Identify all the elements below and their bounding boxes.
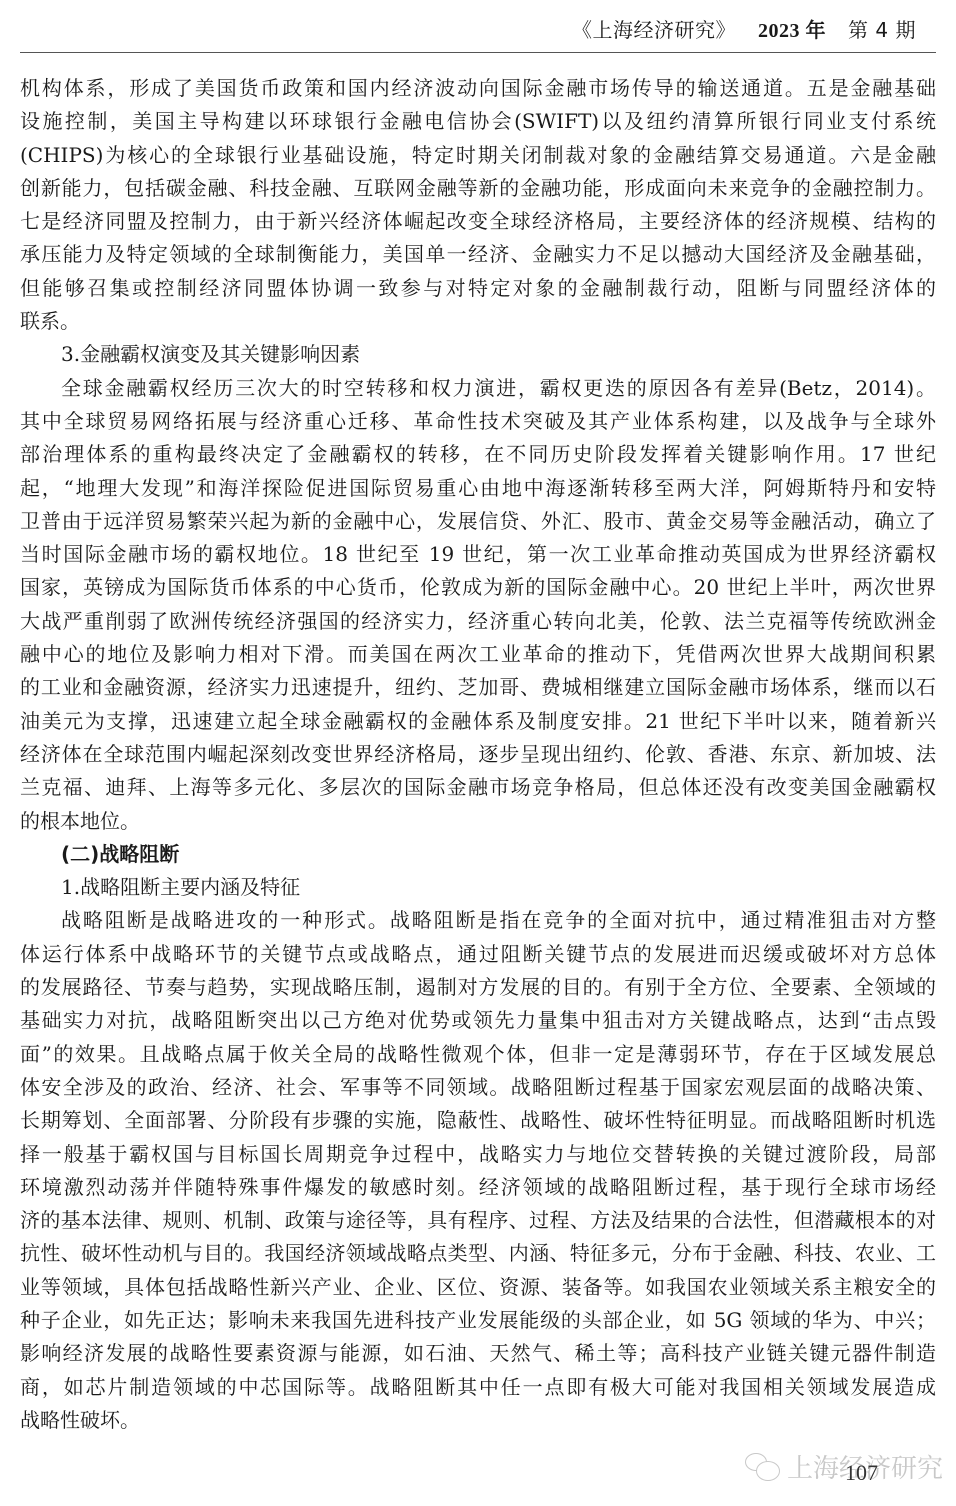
text-line: 的工业和金融资源，经济实力迅速提升，纽约、芝加哥、费城相继建立国际金融市场体系，… [20, 671, 936, 704]
text-line: 的发展路径、节奏与趋势，实现战略压制，遏制对方发展的目的。有别于全方位、全要素、… [20, 971, 936, 1004]
text-line: 体安全涉及的政治、经济、社会、军事等不同领域。战略阻断过程基于国家宏观层面的战略… [20, 1071, 936, 1104]
text-line: 联系。 [20, 305, 936, 338]
text-line: 其中全球贸易网络拓展与经济重心迁移、革命性技术突破及其产业体系构建，以及战争与全… [20, 405, 936, 438]
text-line: 但能够召集或控制经济同盟体协调一致参与对特定对象的金融制裁行动，阻断与同盟经济体… [20, 272, 936, 305]
text-line: 设施控制，美国主导构建以环球银行金融电信协会(SWIFT)以及纽约清算所银行同业… [20, 105, 936, 138]
subsection-heading: 1.战略阻断主要内涵及特征 [20, 871, 936, 904]
text-line: 体运行体系中战略环节的关键节点或战略点，通过阻断关键节点的发展进而迟缓或破坏对方… [20, 938, 936, 971]
text-line: 七是经济同盟及控制力，由于新兴经济体崛起改变全球经济格局，主要经济体的经济规模、… [20, 205, 936, 238]
text-line: 起，“地理大发现”和海洋探险促进国际贸易重心由地中海逐渐转移至两大洋，阿姆斯特丹… [20, 472, 936, 505]
text-line: 择一般基于霸权国与目标国长周期竞争过程中，战略实力与地位交替转换的关键过渡阶段，… [20, 1138, 936, 1171]
text-line: 全球金融霸权经历三次大的时空转移和权力演进，霸权更迭的原因各有差异(Betz，2… [20, 372, 936, 405]
text-line: 机构体系，形成了美国货币政策和国内经济波动向国际金融市场传导的输送通道。五是金融… [20, 72, 936, 105]
subsection-heading: 3.金融霸权演变及其关键影响因素 [20, 338, 936, 371]
text-line: 部治理体系的重构最终决定了金融霸权的转移，在不同历史阶段发挥着关键影响作用。17… [20, 438, 936, 471]
text-line: 种子企业，如先正达；影响未来我国先进科技产业发展能级的头部企业，如 5G 领域的… [20, 1304, 936, 1337]
text-line: 当时国际金融市场的霸权地位。18 世纪至 19 世纪，第一次工业革命推动英国成为… [20, 538, 936, 571]
text-line: 创新能力，包括碳金融、科技金融、互联网金融等新的金融功能，形成面向未来竞争的金融… [20, 172, 936, 205]
text-line: 战略性破坏。 [20, 1404, 936, 1437]
text-line: 经济体在全球范围内崛起深刻改变世界经济格局，逐步呈现出纽约、伦敦、香港、东京、新… [20, 738, 936, 771]
text-line: 基础实力对抗，战略阻断突出以己方绝对优势或领先力量集中狙击对方关键战略点，达到“… [20, 1004, 936, 1037]
article-body: 机构体系，形成了美国货币政策和国内经济波动向国际金融市场传导的输送通道。五是金融… [20, 72, 936, 1437]
text-line: 兰克福、迪拜、上海等多元化、多层次的国际金融市场竞争格局，但总体还没有改变美国金… [20, 771, 936, 804]
page-number: 107 [845, 1460, 878, 1486]
running-header: 《上海经济研究》2023 年第 4 期 [572, 14, 916, 43]
header-rule [20, 52, 936, 53]
text-line: 大战严重削弱了欧洲传统经济强国的经济实力，经济重心转向北美，伦敦、法兰克福等传统… [20, 605, 936, 638]
text-line: 承压能力及特定领域的全球制衡能力，美国单一经济、金融实力不足以撼动大国经济及金融… [20, 238, 936, 271]
text-line: 的根本地位。 [20, 805, 936, 838]
text-line: 融中心的地位及影响力相对下滑。而美国在两次工业革命的推动下，凭借两次世界大战期间… [20, 638, 936, 671]
text-line: 卫普由于远洋贸易繁荣兴起为新的金融中心，发展信贷、外汇、股市、黄金交易等金融活动… [20, 505, 936, 538]
text-line: 战略阻断是战略进攻的一种形式。战略阻断是指在竞争的全面对抗中，通过精准狙击对方整 [20, 904, 936, 937]
text-line: 国家，英镑成为国际货币体系的中心货币，伦敦成为新的国际金融中心。20 世纪上半叶… [20, 571, 936, 604]
journal-year: 2023 年 [758, 20, 826, 42]
wechat-icon [745, 1453, 779, 1481]
text-line: 长期筹划、全面部署、分阶段有步骤的实施，隐蔽性、战略性、破坏性特征明显。而战略阻… [20, 1104, 936, 1137]
text-line: 影响经济发展的战略性要素资源与能源，如石油、天然气、稀土等；高科技产业链关键元器… [20, 1337, 936, 1370]
text-line: 抗性、破坏性动机与目的。我国经济领域战略点类型、内涵、特征多元，分布于金融、科技… [20, 1237, 936, 1270]
journal-issue: 第 4 期 [848, 18, 916, 42]
section-heading: (二)战略阻断 [20, 838, 936, 871]
text-line: 油美元为支撑，迅速建立起全球金融霸权的金融体系及制度安排。21 世纪下半叶以来，… [20, 705, 936, 738]
text-line: 面”的效果。且战略点属于攸关全局的战略性微观个体，但非一定是薄弱环节，存在于区域… [20, 1038, 936, 1071]
text-line: 业等领域，具体包括战略性新兴产业、企业、区位、资源、装备等。如我国农业领域关系主… [20, 1271, 936, 1304]
text-line: (CHIPS)为核心的全球银行业基础设施，特定时期关闭制裁对象的金融结算交易通道… [20, 139, 936, 172]
journal-title: 《上海经济研究》 [572, 18, 736, 42]
text-line: 环境激烈动荡并伴随特殊事件爆发的敏感时刻。经济领域的战略阻断过程，基于现行全球市… [20, 1171, 936, 1204]
text-line: 商，如芯片制造领域的中芯国际等。战略阻断其中任一点即有极大可能对我国相关领域发展… [20, 1371, 936, 1404]
text-line: 济的基本法律、规则、机制、政策与途径等，具有程序、过程、方法及结果的合法性，但潜… [20, 1204, 936, 1237]
watermark: 上海经济研究 [745, 1448, 943, 1485]
